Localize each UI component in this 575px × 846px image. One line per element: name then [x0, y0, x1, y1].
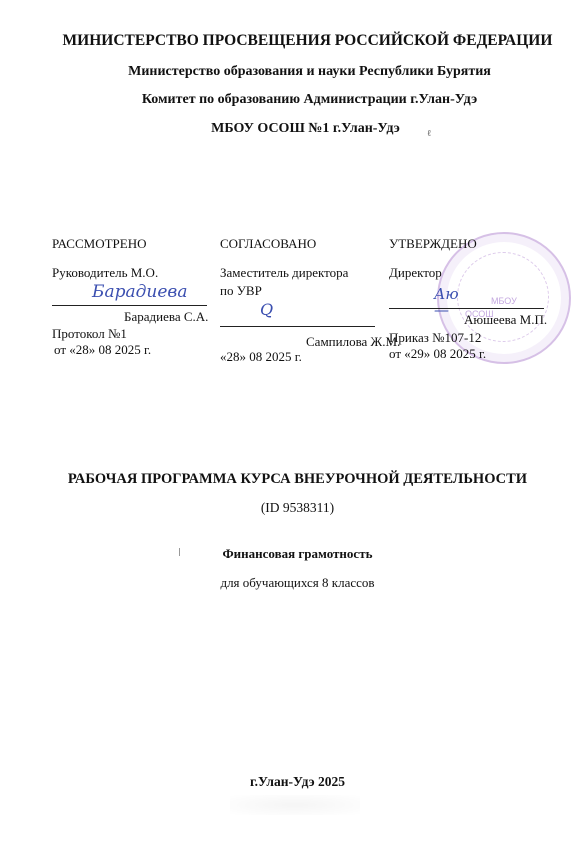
committee: Комитет по образованию Администрации г.У…: [22, 92, 575, 108]
school-name: МБОУ ОСОШ №1 г.Улан-Удэ: [18, 121, 575, 137]
ministry-federal: МИНИСТЕРСТВО ПРОСВЕЩЕНИЯ РОССИЙСКОЙ ФЕДЕ…: [20, 32, 575, 50]
ministry-regional: Министерство образования и науки Республ…: [22, 64, 575, 80]
agreed-date: «28» 08 2025 г.: [220, 349, 302, 365]
reviewed-role: Руководитель М.О.: [52, 265, 158, 281]
signature-line: [220, 326, 375, 327]
program-title: РАБОЧАЯ ПРОГРАММА КУРСА ВНЕУРОЧНОЙ ДЕЯТЕ…: [10, 471, 575, 488]
reviewed-date: от «28» 08 2025 г.: [54, 342, 151, 358]
approved-role: Директор: [389, 265, 442, 281]
program-id: (ID 9538311): [10, 500, 575, 516]
stamp-text-1: МБОУ: [491, 296, 517, 306]
reviewed-heading: РАССМОТРЕНО: [52, 236, 147, 252]
agreed-name: Сампилова Ж.М.: [306, 334, 400, 350]
signature-approved: Аю —: [434, 286, 459, 318]
approved-name: Аюшеева М.П.: [464, 312, 547, 328]
agreed-role-line1: Заместитель директора: [220, 265, 348, 281]
approved-heading: УТВЕРЖДЕНО: [389, 236, 477, 252]
agreed-role-line2: по УВР: [220, 283, 262, 299]
scan-smudge: [230, 795, 360, 815]
approved-order: Приказ №107-12: [389, 330, 481, 346]
signature-reviewed: Барадиева: [92, 284, 187, 300]
signature-line: [389, 308, 544, 309]
reviewed-name: Барадиева С.А.: [124, 309, 208, 325]
approved-date: от «29» 08 2025 г.: [389, 346, 486, 362]
stray-mark: ℓ: [427, 128, 431, 138]
course-name: Финансовая грамотность: [10, 546, 575, 562]
reviewed-protocol: Протокол №1: [52, 326, 127, 342]
city-year: г.Улан-Удэ 2025: [10, 774, 575, 790]
signature-line: [52, 305, 207, 306]
course-audience: для обучающихся 8 классов: [10, 575, 575, 591]
signature-agreed: Q: [260, 302, 273, 318]
agreed-heading: СОГЛАСОВАНО: [220, 236, 316, 252]
